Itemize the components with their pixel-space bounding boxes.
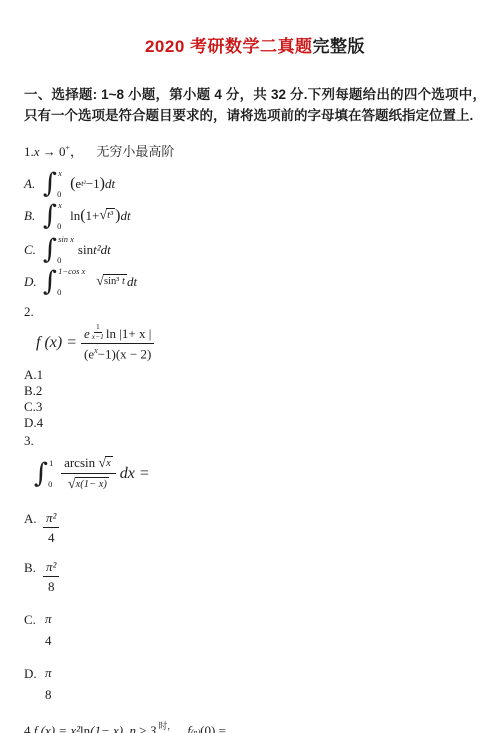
q4-number: 4. xyxy=(24,723,34,733)
q2-exp-bottom: x−1 xyxy=(92,333,104,342)
integral-sign: ∫ xyxy=(34,462,48,486)
integral-lower-limit: 0 xyxy=(48,480,57,489)
q1-option-b: B. ∫ x 0 ln(1+√t³)dt xyxy=(24,200,486,232)
q1-option-a-label: A. xyxy=(24,176,43,192)
q2-choices: A.1 B.2 C.3 D.4 xyxy=(24,367,486,431)
stack-bottom: 4 xyxy=(45,630,52,649)
q1-stem: 1.x → 0+， 无穷小最高阶 xyxy=(24,141,486,160)
integral-sign: ∫ xyxy=(43,172,57,196)
sin-function: sin xyxy=(78,242,93,258)
q3-option-c: C. π 4 xyxy=(24,611,486,649)
q3-tail: dx = xyxy=(120,465,150,483)
q2-lhs: f (x) = xyxy=(36,334,77,352)
integral-sign: ∫ xyxy=(43,238,57,262)
q3-option-d: D. π 8 xyxy=(24,665,486,703)
e-base: e xyxy=(84,326,90,341)
stack-bottom: 8 xyxy=(45,684,52,703)
integral-upper-limit: x xyxy=(58,201,66,210)
section-intro-paragraph: 一、选择题: 1~8 小题，第小题 4 分，共 32 分.下列每题给出的四个选项… xyxy=(24,84,486,127)
arcsin-function: arcsin xyxy=(64,455,95,470)
one-plus: 1+ xyxy=(86,208,100,224)
radicand: sin³ t xyxy=(103,274,127,289)
integral-upper-limit: 1−cos x xyxy=(58,267,85,276)
q3-formula: ∫ 1 0 arcsin √x √x(1− x) dx = xyxy=(24,451,486,497)
minus-one: −1 xyxy=(86,176,100,192)
q4-f-superscript: (n) xyxy=(191,728,200,733)
question-2: 2. f (x) = e1x−1ln |1+ x | (ex−1)(x − 2)… xyxy=(24,304,486,431)
integral-lower-limit: 0 xyxy=(57,190,66,199)
sin-argument: t² xyxy=(93,242,101,258)
integral-lower-limit: 0 xyxy=(57,222,66,231)
q2-option-d: D.4 xyxy=(24,415,486,431)
integral-limits: x 0 xyxy=(58,201,66,231)
q2-option-a: A.1 xyxy=(24,367,486,383)
q3-option-c-label: C. xyxy=(24,611,43,628)
radical: √t³ xyxy=(99,208,115,223)
radicand: x(1− x) xyxy=(75,477,109,492)
stack-top: π xyxy=(43,665,54,684)
q2-fraction: e1x−1ln |1+ x | (ex−1)(x − 2) xyxy=(81,323,154,362)
q3-option-a-fraction: π² 4 xyxy=(43,510,59,546)
question-1: 1.x → 0+， 无穷小最高阶 A. ∫ x 0 (et²−1)dt B. ∫… xyxy=(24,141,486,298)
q3-denominator: √x(1− x) xyxy=(68,474,109,492)
q1-arrow: → xyxy=(43,144,56,159)
q4-body-2: (1− x), n ≥ 3 xyxy=(90,723,156,733)
q3-numerator: arcsin √x xyxy=(61,455,116,473)
radicand-var: t xyxy=(122,276,125,287)
question-4: 4. f (x) = x²ln(1− x), n ≥ 3 时， f(n)(0) … xyxy=(24,723,486,733)
q1-option-d: D. ∫ 1−cos x 0 √sin³ tdt xyxy=(24,266,486,298)
integral-upper-limit: sin x xyxy=(58,235,74,244)
q2-numerator: e1x−1ln |1+ x | xyxy=(81,323,154,344)
q2-number: 2. xyxy=(24,304,34,319)
stack-top: π xyxy=(43,611,54,630)
page-title-red: 2020 考研数学二真题 xyxy=(145,37,313,56)
integral-sign: ∫ xyxy=(43,270,57,294)
radical: √sin³ t xyxy=(96,274,127,289)
page-title: 2020 考研数学二真题完整版 xyxy=(24,32,486,57)
question-3: 3. ∫ 1 0 arcsin √x √x(1− x) dx = A. xyxy=(24,433,486,703)
q3-number: 3. xyxy=(24,433,34,448)
integral-limits: sin x 0 xyxy=(58,235,74,265)
ln-function: ln xyxy=(80,723,90,733)
page-title-black: 完整版 xyxy=(313,37,366,56)
q3-option-b: B. π² 8 xyxy=(24,559,486,595)
ln-function: ln xyxy=(70,208,80,224)
q4-body-1: f (x) = x² xyxy=(34,723,80,733)
radicand: t³ xyxy=(106,208,115,223)
q1-option-c-label: C. xyxy=(24,242,43,258)
integral-limits: 1 0 xyxy=(49,459,57,489)
differential: dt xyxy=(127,274,137,290)
q2-option-c: C.3 xyxy=(24,399,486,415)
fraction-bottom: 8 xyxy=(48,577,55,595)
differential: dt xyxy=(120,208,130,224)
exam-document-page: 2020 考研数学二真题完整版 一、选择题: 1~8 小题，第小题 4 分，共 … xyxy=(0,0,500,733)
q4-shi-superscript: 时， xyxy=(158,719,176,732)
q3-option-c-stack: π 4 xyxy=(43,611,54,649)
q1-option-d-label: D. xyxy=(24,274,43,290)
radical: √x(1− x) xyxy=(68,477,109,492)
integral-sign: ∫ xyxy=(43,204,57,228)
q1-option-b-label: B. xyxy=(24,208,43,224)
q2-formula: f (x) = e1x−1ln |1+ x | (ex−1)(x − 2) xyxy=(24,322,486,364)
q1-option-c: C. ∫ sin x 0 sint²dt xyxy=(24,234,486,266)
fraction-top: π² xyxy=(43,559,59,577)
integral-limits: x 0 xyxy=(58,169,66,199)
q4-tail: (0) = xyxy=(200,723,226,733)
q2-den-open: (e xyxy=(84,346,94,361)
q1-variable: x xyxy=(34,144,40,159)
radicand-fn: sin³ xyxy=(104,276,119,287)
q3-number-line: 3. xyxy=(24,433,486,449)
q2-den-rest: −1)(x − 2) xyxy=(98,346,152,361)
q1-comma: ， xyxy=(70,144,83,159)
q1-option-a: A. ∫ x 0 (et²−1)dt xyxy=(24,168,486,200)
integral-lower-limit: 0 xyxy=(57,256,74,265)
q3-option-d-label: D. xyxy=(24,665,43,682)
integral-lower-limit: 0 xyxy=(57,288,85,297)
q2-exponent-fraction: 1x−1 xyxy=(92,323,104,341)
q3-option-d-stack: π 8 xyxy=(43,665,54,703)
q2-number-line: 2. xyxy=(24,304,486,320)
q3-option-a-label: A. xyxy=(24,510,43,527)
radical: √x xyxy=(98,456,112,471)
q2-option-b: B.2 xyxy=(24,383,486,399)
radicand: x xyxy=(105,456,113,471)
q2-numerator-rest: ln |1+ x | xyxy=(106,326,151,341)
q2-denominator: (ex−1)(x − 2) xyxy=(84,344,151,362)
integral-upper-limit: 1 xyxy=(49,459,57,468)
q1-number: 1. xyxy=(24,144,34,159)
integral-limits: 1−cos x 0 xyxy=(58,267,85,297)
differential: dt xyxy=(105,176,115,192)
q1-stem-text: 无穷小最高阶 xyxy=(96,144,174,159)
q3-option-b-label: B. xyxy=(24,559,43,576)
q3-fraction: arcsin √x √x(1− x) xyxy=(61,455,116,492)
q3-option-b-fraction: π² 8 xyxy=(43,559,59,595)
differential: dt xyxy=(101,242,111,258)
integral-upper-limit: x xyxy=(58,169,66,178)
fraction-bottom: 4 xyxy=(48,528,55,546)
q3-option-a: A. π² 4 xyxy=(24,510,486,546)
fraction-top: π² xyxy=(43,510,59,528)
